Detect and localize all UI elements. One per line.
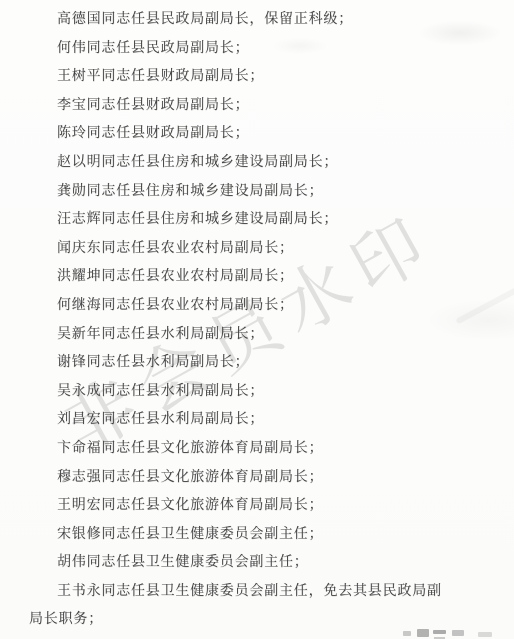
appointment-line: 洪耀坤同志任县农业农村局副局长； (29, 263, 488, 292)
appointment-line: 吴新年同志任县水利局副局长； (29, 321, 488, 350)
appointment-line: 宋银修同志任县卫生健康委员会副主任； (29, 521, 488, 550)
document-page: 高德国同志任县民政局副局长，保留正科级； 何伟同志任县民政局副局长； 王树平同志… (0, 0, 514, 635)
appointment-line: 陈玲同志任县财政局副局长； (29, 120, 488, 149)
appointment-line: 王树平同志任县财政局副局长； (29, 63, 488, 92)
appointment-line: 龚勋同志任县住房和城乡建设局副局长； (29, 178, 488, 207)
appointment-line: 胡伟同志任县卫生健康委员会副主任； (29, 549, 488, 578)
appointment-line: 李宝同志任县财政局副局长； (29, 92, 488, 121)
appointment-line: 王明宏同志任县文化旅游体育局副局长； (29, 492, 488, 521)
cut-off-text-fragment (433, 630, 446, 634)
appointment-line: 高德国同志任县民政局副局长，保留正科级； (29, 6, 488, 35)
appointment-line: 闻庆东同志任县农业农村局副局长； (29, 235, 488, 264)
cut-off-text-fragment (478, 632, 492, 637)
appointment-line: 何伟同志任县民政局副局长； (29, 35, 488, 64)
cut-off-text-fragment (452, 630, 464, 636)
cut-off-text-fragment (417, 629, 429, 637)
cut-off-text-fragment (403, 631, 411, 636)
appointment-line: 汪志辉同志任县住房和城乡建设局副局长； (29, 206, 488, 235)
appointment-line: 吴永成同志任县水利局副局长； (29, 378, 488, 407)
appointment-line: 何继海同志任县农业农村局副局长； (29, 292, 488, 321)
appointment-line: 刘昌宏同志任县水利局副局长； (29, 406, 488, 435)
appointment-line: 卞命福同志任县文化旅游体育局副局长； (29, 435, 488, 464)
appointment-line: 赵以明同志任县住房和城乡建设局副局长； (29, 149, 488, 178)
appointment-line: 穆志强同志任县文化旅游体育局副局长； (29, 464, 488, 493)
appointment-line: 谢锋同志任县水利局副局长； (29, 349, 488, 378)
appointment-line: 王书永同志任县卫生健康委员会副主任，免去其县民政局副局长职务； (29, 578, 450, 635)
